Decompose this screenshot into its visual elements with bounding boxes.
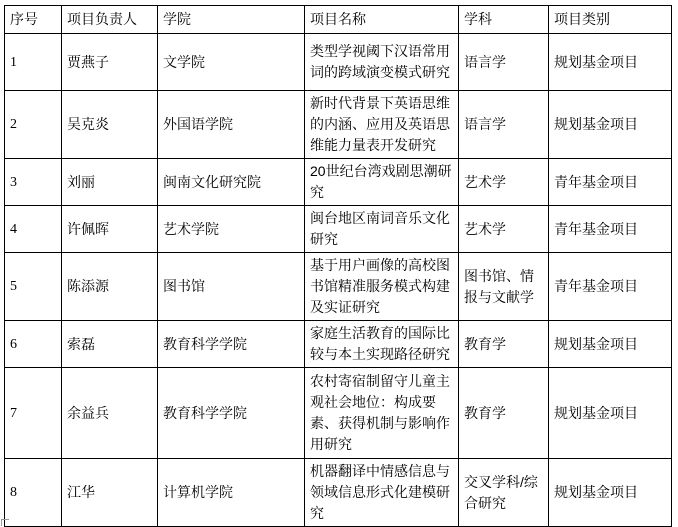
- table-row: 3 刘丽 闽南文化研究院 20世纪台湾戏剧思潮研究 艺术学 青年基金项目: [5, 159, 672, 206]
- cell-leader: 陈添源: [62, 253, 158, 321]
- cell-title: 基于用户画像的高校图书馆精准服务模式构建及实证研究: [305, 253, 459, 321]
- cell-category: 青年基金项目: [549, 159, 672, 206]
- column-header-subject: 学科: [459, 6, 549, 34]
- cell-leader: 余益兵: [62, 368, 158, 459]
- cell-no: 2: [5, 91, 62, 159]
- column-header-no: 序号: [5, 6, 62, 34]
- column-header-category: 项目类别: [549, 6, 672, 34]
- cell-college: 外国语学院: [158, 91, 305, 159]
- table-row: 2 吴克炎 外国语学院 新时代背景下英语思维的内涵、应用及英语思维能力量表开发研…: [5, 91, 672, 159]
- cell-category: 规划基金项目: [549, 34, 672, 91]
- table-body: 1 贾燕子 文学院 类型学视阈下汉语常用词的跨域演变模式研究 语言学 规划基金项…: [5, 34, 672, 527]
- cell-college: 教育科学学院: [158, 368, 305, 459]
- cell-no: 6: [5, 321, 62, 368]
- cell-leader: 索磊: [62, 321, 158, 368]
- cell-subject: 教育学: [459, 321, 549, 368]
- cell-leader: 吴克炎: [62, 91, 158, 159]
- cell-no: 1: [5, 34, 62, 91]
- header-row: 序号 项目负责人 学院 项目名称 学科 项目类别: [5, 6, 672, 34]
- cell-no: 7: [5, 368, 62, 459]
- table-header: 序号 项目负责人 学院 项目名称 学科 项目类别: [5, 6, 672, 34]
- cell-title: 家庭生活教育的国际比较与本土实现路径研究: [305, 321, 459, 368]
- table-row: 7 余益兵 教育科学学院 农村寄宿制留守儿童主观社会地位：构成要素、获得机制与影…: [5, 368, 672, 459]
- table-row: 1 贾燕子 文学院 类型学视阈下汉语常用词的跨域演变模式研究 语言学 规划基金项…: [5, 34, 672, 91]
- cell-leader: 刘丽: [62, 159, 158, 206]
- cell-college: 图书馆: [158, 253, 305, 321]
- cell-title: 新时代背景下英语思维的内涵、应用及英语思维能力量表开发研究: [305, 91, 459, 159]
- column-header-leader: 项目负责人: [62, 6, 158, 34]
- cell-college: 计算机学院: [158, 459, 305, 527]
- cell-category: 青年基金项目: [549, 253, 672, 321]
- cell-category: 规划基金项目: [549, 91, 672, 159]
- cell-title: 机器翻译中情感信息与领域信息形式化建模研究: [305, 459, 459, 527]
- cell-no: 5: [5, 253, 62, 321]
- cell-title: 农村寄宿制留守儿童主观社会地位：构成要素、获得机制与影响作用研究: [305, 368, 459, 459]
- cell-leader: 许佩晖: [62, 206, 158, 253]
- table-row: 5 陈添源 图书馆 基于用户画像的高校图书馆精准服务模式构建及实证研究 图书馆、…: [5, 253, 672, 321]
- column-header-title: 项目名称: [305, 6, 459, 34]
- cell-category: 规划基金项目: [549, 459, 672, 527]
- cell-no: 3: [5, 159, 62, 206]
- cell-subject: 艺术学: [459, 206, 549, 253]
- cell-subject: 交叉学科/综合研究: [459, 459, 549, 527]
- cell-no: 4: [5, 206, 62, 253]
- column-header-college: 学院: [158, 6, 305, 34]
- cell-category: 规划基金项目: [549, 321, 672, 368]
- cell-college: 教育科学学院: [158, 321, 305, 368]
- table-row: 4 许佩晖 艺术学院 闽台地区南词音乐文化研究 艺术学 青年基金项目: [5, 206, 672, 253]
- cell-no: 8: [5, 459, 62, 527]
- resize-corner-mark: [1, 519, 9, 526]
- cell-category: 规划基金项目: [549, 368, 672, 459]
- cell-subject: 图书馆、情报与文献学: [459, 253, 549, 321]
- table-row: 8 江华 计算机学院 机器翻译中情感信息与领域信息形式化建模研究 交叉学科/综合…: [5, 459, 672, 527]
- cell-subject: 语言学: [459, 34, 549, 91]
- cell-title: 20世纪台湾戏剧思潮研究: [305, 159, 459, 206]
- cell-leader: 贾燕子: [62, 34, 158, 91]
- cell-leader: 江华: [62, 459, 158, 527]
- cell-college: 闽南文化研究院: [158, 159, 305, 206]
- cell-college: 艺术学院: [158, 206, 305, 253]
- projects-table: 序号 项目负责人 学院 项目名称 学科 项目类别 1 贾燕子 文学院 类型学视阈…: [4, 5, 672, 527]
- cell-title: 类型学视阈下汉语常用词的跨域演变模式研究: [305, 34, 459, 91]
- cell-category: 青年基金项目: [549, 206, 672, 253]
- cell-title: 闽台地区南词音乐文化研究: [305, 206, 459, 253]
- cell-subject: 教育学: [459, 368, 549, 459]
- table-row: 6 索磊 教育科学学院 家庭生活教育的国际比较与本土实现路径研究 教育学 规划基…: [5, 321, 672, 368]
- cell-subject: 艺术学: [459, 159, 549, 206]
- cell-subject: 语言学: [459, 91, 549, 159]
- cell-college: 文学院: [158, 34, 305, 91]
